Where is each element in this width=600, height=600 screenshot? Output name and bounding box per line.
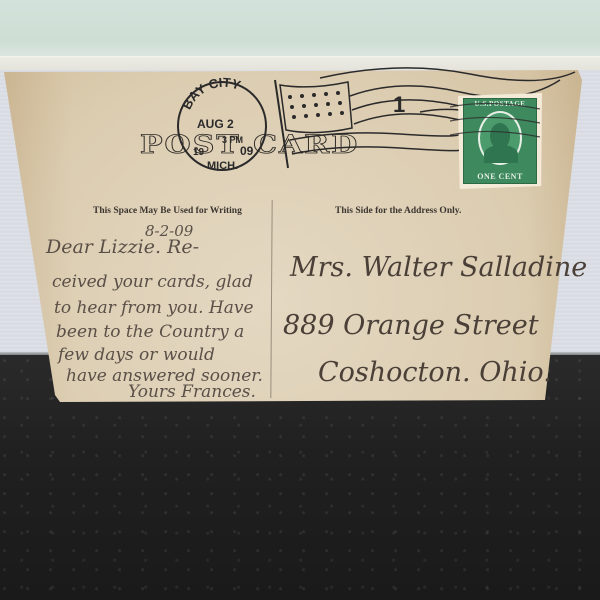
postmark-city: BAY CITY [179,75,243,112]
message-line: ceived your cards, glad [52,272,253,292]
message-signature: Yours Frances. [128,382,256,402]
message-line: been to the Country a [56,322,244,342]
cancel-number: 1 [393,92,405,117]
message-line: few days or would [58,345,215,365]
address-side-caption: This Side for the Address Only. [335,206,461,216]
stamp-denomination: ONE CENT [464,172,536,181]
postcard-title: POST CARD [140,130,359,160]
stamp-cancel-lines [450,95,570,165]
writing-space-caption: This Space May Be Used for Writing [93,206,242,216]
postmark-date: AUG 2 [197,117,234,131]
message-line: Dear Lizzie. Re- [46,236,199,258]
message-line: to hear from you. Have [54,298,254,318]
address-recipient: Mrs. Walter Salladine [290,252,587,283]
postmark-state: MICH. [207,160,238,172]
address-street: 889 Orange Street [283,310,539,341]
address-city: Coshocton. Ohio. [318,357,552,388]
